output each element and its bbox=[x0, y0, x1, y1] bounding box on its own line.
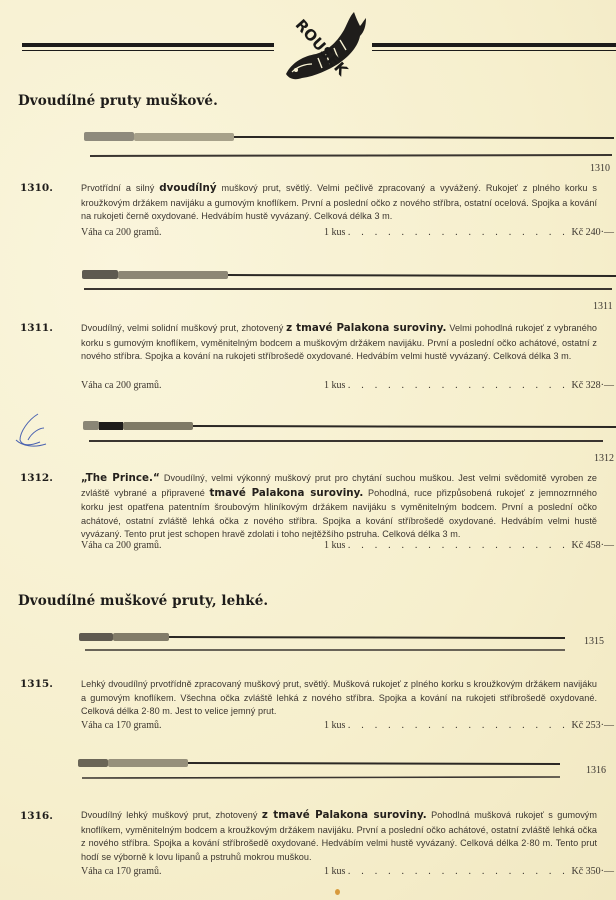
item-number: 1311. bbox=[20, 322, 53, 334]
figure-label: 1312 bbox=[594, 453, 614, 464]
price-value: Kč 458·— bbox=[572, 540, 615, 551]
rod-illustration bbox=[79, 632, 579, 656]
item-description: Dvoudílný, velmi solidní muškový prut, z… bbox=[81, 321, 597, 363]
rod-illustration bbox=[78, 758, 578, 784]
header-rule-left-thin bbox=[22, 50, 274, 51]
brand-logo: ROUSEK bbox=[278, 6, 374, 86]
item-weight: Váha ca 200 gramů. bbox=[81, 380, 162, 391]
header-rule-left-thick bbox=[22, 43, 274, 47]
rod-illustration bbox=[83, 419, 616, 447]
qty-label: 1 kus bbox=[324, 540, 345, 551]
item-price-line: 1 kus . . . . . . . . . . . . . . . . . … bbox=[324, 227, 614, 238]
price-leader: . . . . . . . . . . . . . . . . . bbox=[348, 540, 569, 551]
qty-label: 1 kus bbox=[324, 866, 345, 877]
rod-illustration bbox=[84, 128, 614, 164]
item-number: 1316. bbox=[20, 810, 53, 822]
qty-label: 1 kus bbox=[324, 380, 345, 391]
rod-illustration bbox=[82, 268, 616, 296]
item-price-line: 1 kus . . . . . . . . . . . . . . . . . … bbox=[324, 720, 614, 731]
item-number: 1312. bbox=[20, 472, 53, 484]
item-description: Dvoudílný lehký muškový prut, zhotovený … bbox=[81, 808, 597, 863]
price-leader: . . . . . . . . . . . . . . . . . bbox=[348, 866, 569, 877]
price-value: Kč 328·— bbox=[572, 380, 615, 391]
price-value: Kč 253·— bbox=[572, 720, 615, 731]
item-weight: Váha ca 170 gramů. bbox=[81, 866, 162, 877]
price-leader: . . . . . . . . . . . . . . . . . bbox=[348, 227, 569, 238]
item-description: Prvotřídní a silný dvoudílný muškový pru… bbox=[81, 181, 597, 223]
item-price-line: 1 kus . . . . . . . . . . . . . . . . . … bbox=[324, 380, 614, 391]
price-leader: . . . . . . . . . . . . . . . . . bbox=[348, 380, 569, 391]
item-weight: Váha ca 170 gramů. bbox=[81, 720, 162, 731]
price-value: Kč 240·— bbox=[572, 227, 615, 238]
item-number: 1310. bbox=[20, 182, 53, 194]
stain-dot bbox=[335, 889, 340, 895]
item-description: Lehký dvoudílný prvotřídně zpracovaný mu… bbox=[81, 677, 597, 718]
price-leader: . . . . . . . . . . . . . . . . . bbox=[348, 720, 569, 731]
qty-label: 1 kus bbox=[324, 227, 345, 238]
figure-label: 1310 bbox=[590, 163, 610, 174]
header-rule-right-thick bbox=[372, 43, 616, 47]
header-rule-right-thin bbox=[372, 50, 616, 51]
figure-label: 1311 bbox=[593, 301, 613, 312]
fish-icon: ROUSEK bbox=[278, 6, 374, 86]
section-title: Dvoudílné pruty muškové. bbox=[18, 93, 218, 109]
item-weight: Váha ca 200 gramů. bbox=[81, 540, 162, 551]
section-title: Dvoudílné muškové pruty, lehké. bbox=[18, 593, 268, 609]
item-weight: Váha ca 200 gramů. bbox=[81, 227, 162, 238]
item-description: „The Prince.“ Dvoudílný, velmi výkonný m… bbox=[81, 471, 597, 541]
item-price-line: 1 kus . . . . . . . . . . . . . . . . . … bbox=[324, 540, 614, 551]
figure-label: 1315 bbox=[584, 636, 604, 647]
item-price-line: 1 kus . . . . . . . . . . . . . . . . . … bbox=[324, 866, 614, 877]
item-number: 1315. bbox=[20, 678, 53, 690]
qty-label: 1 kus bbox=[324, 720, 345, 731]
handwritten-mark bbox=[6, 410, 56, 450]
figure-label: 1316 bbox=[586, 765, 606, 776]
price-value: Kč 350·— bbox=[572, 866, 615, 877]
